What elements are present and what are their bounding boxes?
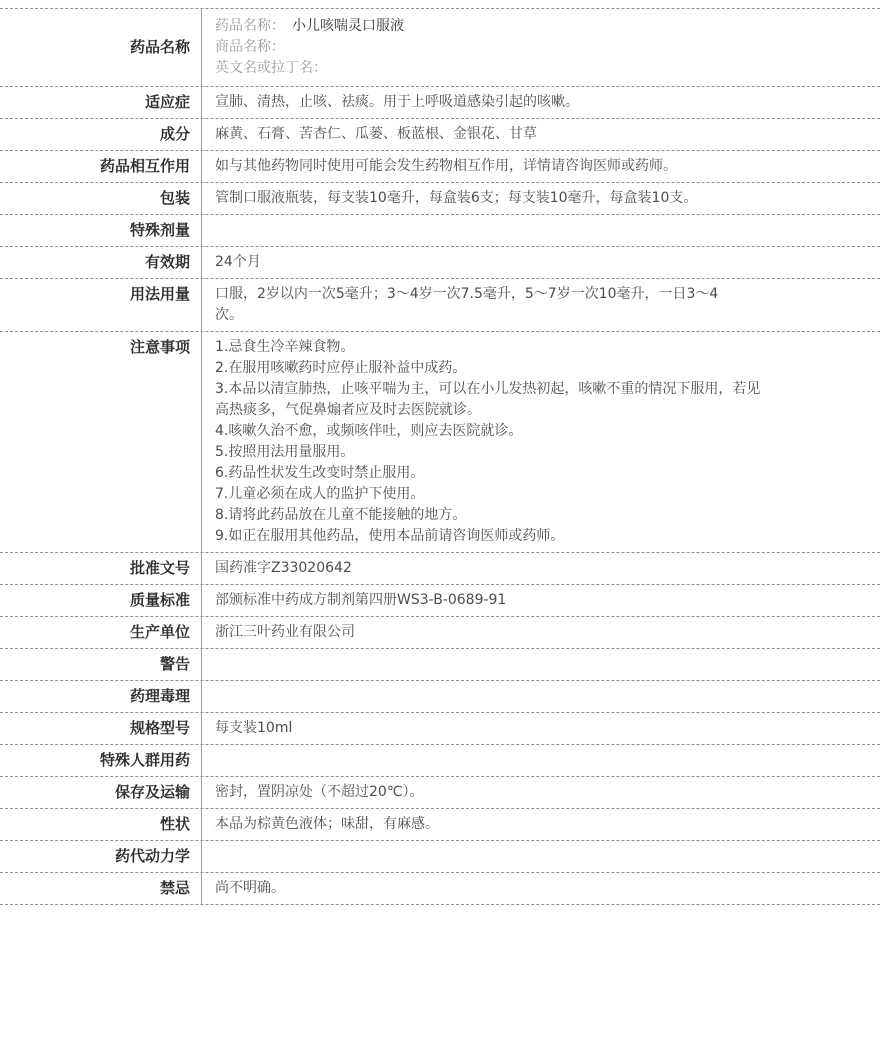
value-line: 口服，2岁以内一次5毫升；3～4岁一次7.5毫升，5～7岁一次10毫升，一日3～… <box>215 284 870 305</box>
value-line: 4.咳嗽久治不愈，或频咳伴吐，则应去医院就诊。 <box>215 421 870 442</box>
row-label: 药理毒理 <box>0 681 202 712</box>
value-line: 5.按照用法用量服用。 <box>215 442 870 463</box>
row-value <box>202 649 880 680</box>
row-value: 部颁标准中药成方制剂第四册WS3-B-0689-91 <box>202 585 880 616</box>
row-label: 注意事项 <box>0 332 202 552</box>
table-row: 生产单位 浙江三叶药业有限公司 <box>0 617 880 649</box>
row-label: 药品相互作用 <box>0 151 202 182</box>
table-row: 用法用量 口服，2岁以内一次5毫升；3～4岁一次7.5毫升，5～7岁一次10毫升… <box>0 279 880 332</box>
table-row: 禁忌 尚不明确。 <box>0 873 880 905</box>
row-label: 特殊剂量 <box>0 215 202 246</box>
table-row: 特殊剂量 <box>0 215 880 247</box>
row-value: 本品为棕黄色液体；味甜，有麻感。 <box>202 809 880 840</box>
value-line: 次。 <box>215 305 870 326</box>
row-label: 药代动力学 <box>0 841 202 872</box>
row-label: 生产单位 <box>0 617 202 648</box>
value-line: 3.本品以清宣肺热，止咳平喘为主，可以在小儿发热初起，咳嗽不重的情况下服用，若见 <box>215 379 870 400</box>
table-row: 性状 本品为棕黄色液体；味甜，有麻感。 <box>0 809 880 841</box>
row-label: 适应症 <box>0 87 202 118</box>
drug-name-text: 小儿咳喘灵口服液 <box>292 18 404 34</box>
row-value <box>202 745 880 776</box>
row-value <box>202 841 880 872</box>
value-line: 高热痰多，气促鼻煽者应及时去医院就诊。 <box>215 400 870 421</box>
sub-label: 商品名称： <box>215 39 285 55</box>
row-label: 批准文号 <box>0 553 202 584</box>
row-label: 成分 <box>0 119 202 150</box>
row-value: 国药准字Z33020642 <box>202 553 880 584</box>
row-label: 包装 <box>0 183 202 214</box>
table-row: 规格型号 每支装10ml <box>0 713 880 745</box>
table-row: 包装 管制口服液瓶装，每支装10毫升，每盒装6支；每支装10毫升，每盒装10支。 <box>0 183 880 215</box>
table-row: 批准文号 国药准字Z33020642 <box>0 553 880 585</box>
row-value: 浙江三叶药业有限公司 <box>202 617 880 648</box>
row-value: 24个月 <box>202 247 880 278</box>
row-label: 质量标准 <box>0 585 202 616</box>
table-row: 质量标准 部颁标准中药成方制剂第四册WS3-B-0689-91 <box>0 585 880 617</box>
table-row: 警告 <box>0 649 880 681</box>
table-row: 注意事项 1.忌食生冷辛辣食物。2.在服用咳嗽药时应停止服补益中成药。3.本品以… <box>0 332 880 553</box>
table-row: 保存及运输 密封，置阴凉处（不超过20℃）。 <box>0 777 880 809</box>
sub-label: 药品名称： <box>215 18 285 34</box>
value-line: 9.如正在服用其他药品，使用本品前请咨询医师或药师。 <box>215 526 870 547</box>
value-line: 7.儿童必须在成人的监护下使用。 <box>215 484 870 505</box>
table-row: 药代动力学 <box>0 841 880 873</box>
row-value: 口服，2岁以内一次5毫升；3～4岁一次7.5毫升，5～7岁一次10毫升，一日3～… <box>202 279 880 331</box>
drug-name-value: 药品名称：小儿咳喘灵口服液商品名称：英文名或拉丁名： <box>202 9 880 86</box>
row-value: 尚不明确。 <box>202 873 880 904</box>
table-row: 适应症 宣肺、清热，止咳、祛痰。用于上呼吸道感染引起的咳嗽。 <box>0 87 880 119</box>
row-value <box>202 215 880 246</box>
table-row: 药品名称 药品名称：小儿咳喘灵口服液商品名称：英文名或拉丁名： <box>0 9 880 87</box>
row-value <box>202 681 880 712</box>
row-label: 药品名称 <box>0 9 202 86</box>
table-row: 特殊人群用药 <box>0 745 880 777</box>
table-row: 药理毒理 <box>0 681 880 713</box>
sub-label: 英文名或拉丁名： <box>215 60 327 76</box>
row-value: 密封，置阴凉处（不超过20℃）。 <box>202 777 880 808</box>
row-label: 用法用量 <box>0 279 202 331</box>
row-label: 性状 <box>0 809 202 840</box>
table-row: 有效期 24个月 <box>0 247 880 279</box>
value-line: 2.在服用咳嗽药时应停止服补益中成药。 <box>215 358 870 379</box>
drug-name-sub-line: 英文名或拉丁名： <box>215 58 870 79</box>
drug-name-sub-line: 商品名称： <box>215 37 870 58</box>
row-label: 有效期 <box>0 247 202 278</box>
drug-info-table: 药品名称 药品名称：小儿咳喘灵口服液商品名称：英文名或拉丁名： 适应症 宣肺、清… <box>0 8 880 905</box>
value-line: 6.药品性状发生改变时禁止服用。 <box>215 463 870 484</box>
row-value: 如与其他药物同时使用可能会发生药物相互作用，详情请咨询医师或药师。 <box>202 151 880 182</box>
row-label: 禁忌 <box>0 873 202 904</box>
row-label: 警告 <box>0 649 202 680</box>
row-value: 管制口服液瓶装，每支装10毫升，每盒装6支；每支装10毫升，每盒装10支。 <box>202 183 880 214</box>
table-row: 药品相互作用 如与其他药物同时使用可能会发生药物相互作用，详情请咨询医师或药师。 <box>0 151 880 183</box>
row-label: 特殊人群用药 <box>0 745 202 776</box>
row-value: 1.忌食生冷辛辣食物。2.在服用咳嗽药时应停止服补益中成药。3.本品以清宣肺热，… <box>202 332 880 552</box>
drug-name-sub-line: 药品名称：小儿咳喘灵口服液 <box>215 16 870 37</box>
row-label: 规格型号 <box>0 713 202 744</box>
row-value: 麻黄、石膏、苦杏仁、瓜蒌、板蓝根、金银花、甘草 <box>202 119 880 150</box>
value-line: 1.忌食生冷辛辣食物。 <box>215 337 870 358</box>
row-label: 保存及运输 <box>0 777 202 808</box>
table-row: 成分 麻黄、石膏、苦杏仁、瓜蒌、板蓝根、金银花、甘草 <box>0 119 880 151</box>
value-line: 8.请将此药品放在儿童不能接触的地方。 <box>215 505 870 526</box>
row-value: 宣肺、清热，止咳、祛痰。用于上呼吸道感染引起的咳嗽。 <box>202 87 880 118</box>
row-value: 每支装10ml <box>202 713 880 744</box>
